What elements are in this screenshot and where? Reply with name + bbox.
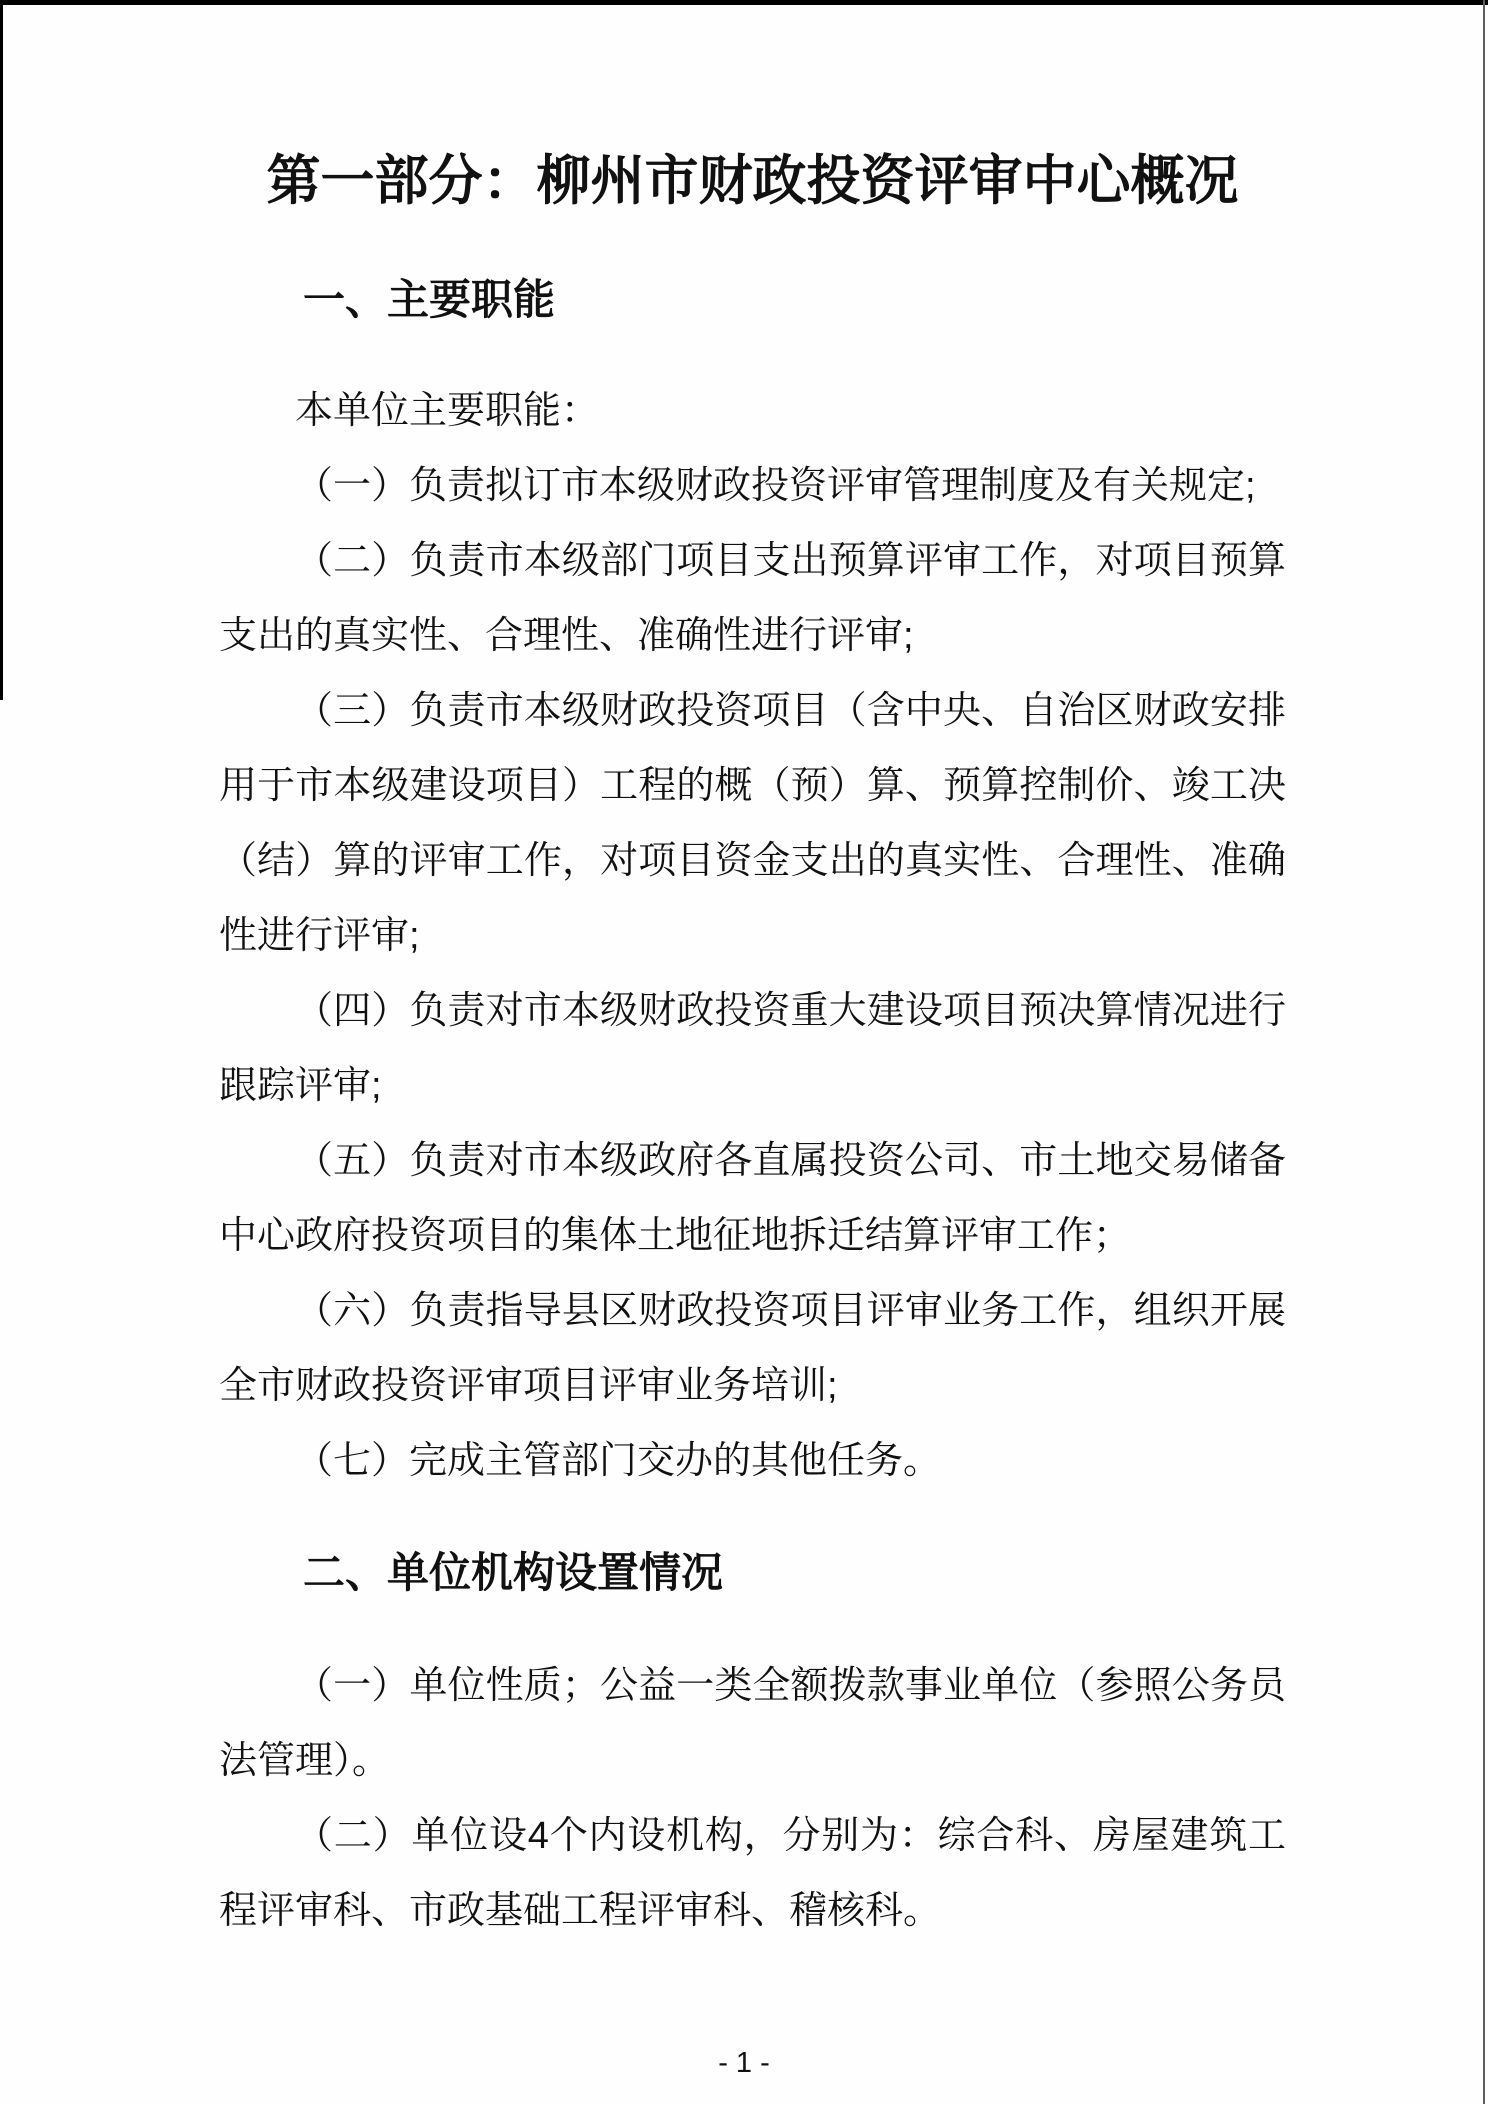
scan-edge-right [1483, 0, 1485, 2104]
section-1-item-6: （六）负责指导县区财政投资项目评审业务工作，组织开展全市财政投资评审项目评审业务… [219, 1274, 1286, 1424]
section-1-heading: 一、主要职能 [219, 262, 1286, 337]
section-2-item-2: （二）单位设4个内设机构，分别为：综合科、房屋建筑工程评审科、市政基础工程评审科… [219, 1799, 1286, 1949]
section-1-item-7: （七）完成主管部门交办的其他任务。 [219, 1424, 1286, 1499]
page-number: - 1 - [0, 2036, 1488, 2090]
section-1-item-3: （三）负责市本级财政投资项目（含中央、自治区财政安排用于市本级建设项目）工程的概… [219, 674, 1286, 974]
section-1-item-2: （二）负责市本级部门项目支出预算评审工作，对项目预算支出的真实性、合理性、准确性… [219, 524, 1286, 674]
section-1-item-5: （五）负责对市本级政府各直属投资公司、市土地交易储备中心政府投资项目的集体土地征… [219, 1124, 1286, 1274]
section-1-item-4: （四）负责对市本级财政投资重大建设项目预决算情况进行跟踪评审; [219, 974, 1286, 1124]
scan-edge-left [0, 0, 3, 700]
section-1-item-1: （一）负责拟订市本级财政投资评审管理制度及有关规定; [219, 449, 1286, 524]
section-2-heading: 二、单位机构设置情况 [219, 1535, 1286, 1610]
document-content: 第一部分：柳州市财政投资评审中心概况 一、主要职能 本单位主要职能： （一）负责… [219, 0, 1286, 1949]
section-2-item-1: （一）单位性质；公益一类全额拨款事业单位（参照公务员法管理）。 [219, 1649, 1286, 1799]
document-title: 第一部分：柳州市财政投资评审中心概况 [219, 145, 1286, 217]
document-page: 第一部分：柳州市财政投资评审中心概况 一、主要职能 本单位主要职能： （一）负责… [0, 0, 1488, 2104]
section-1-intro-paragraph: 本单位主要职能： [219, 374, 1286, 449]
